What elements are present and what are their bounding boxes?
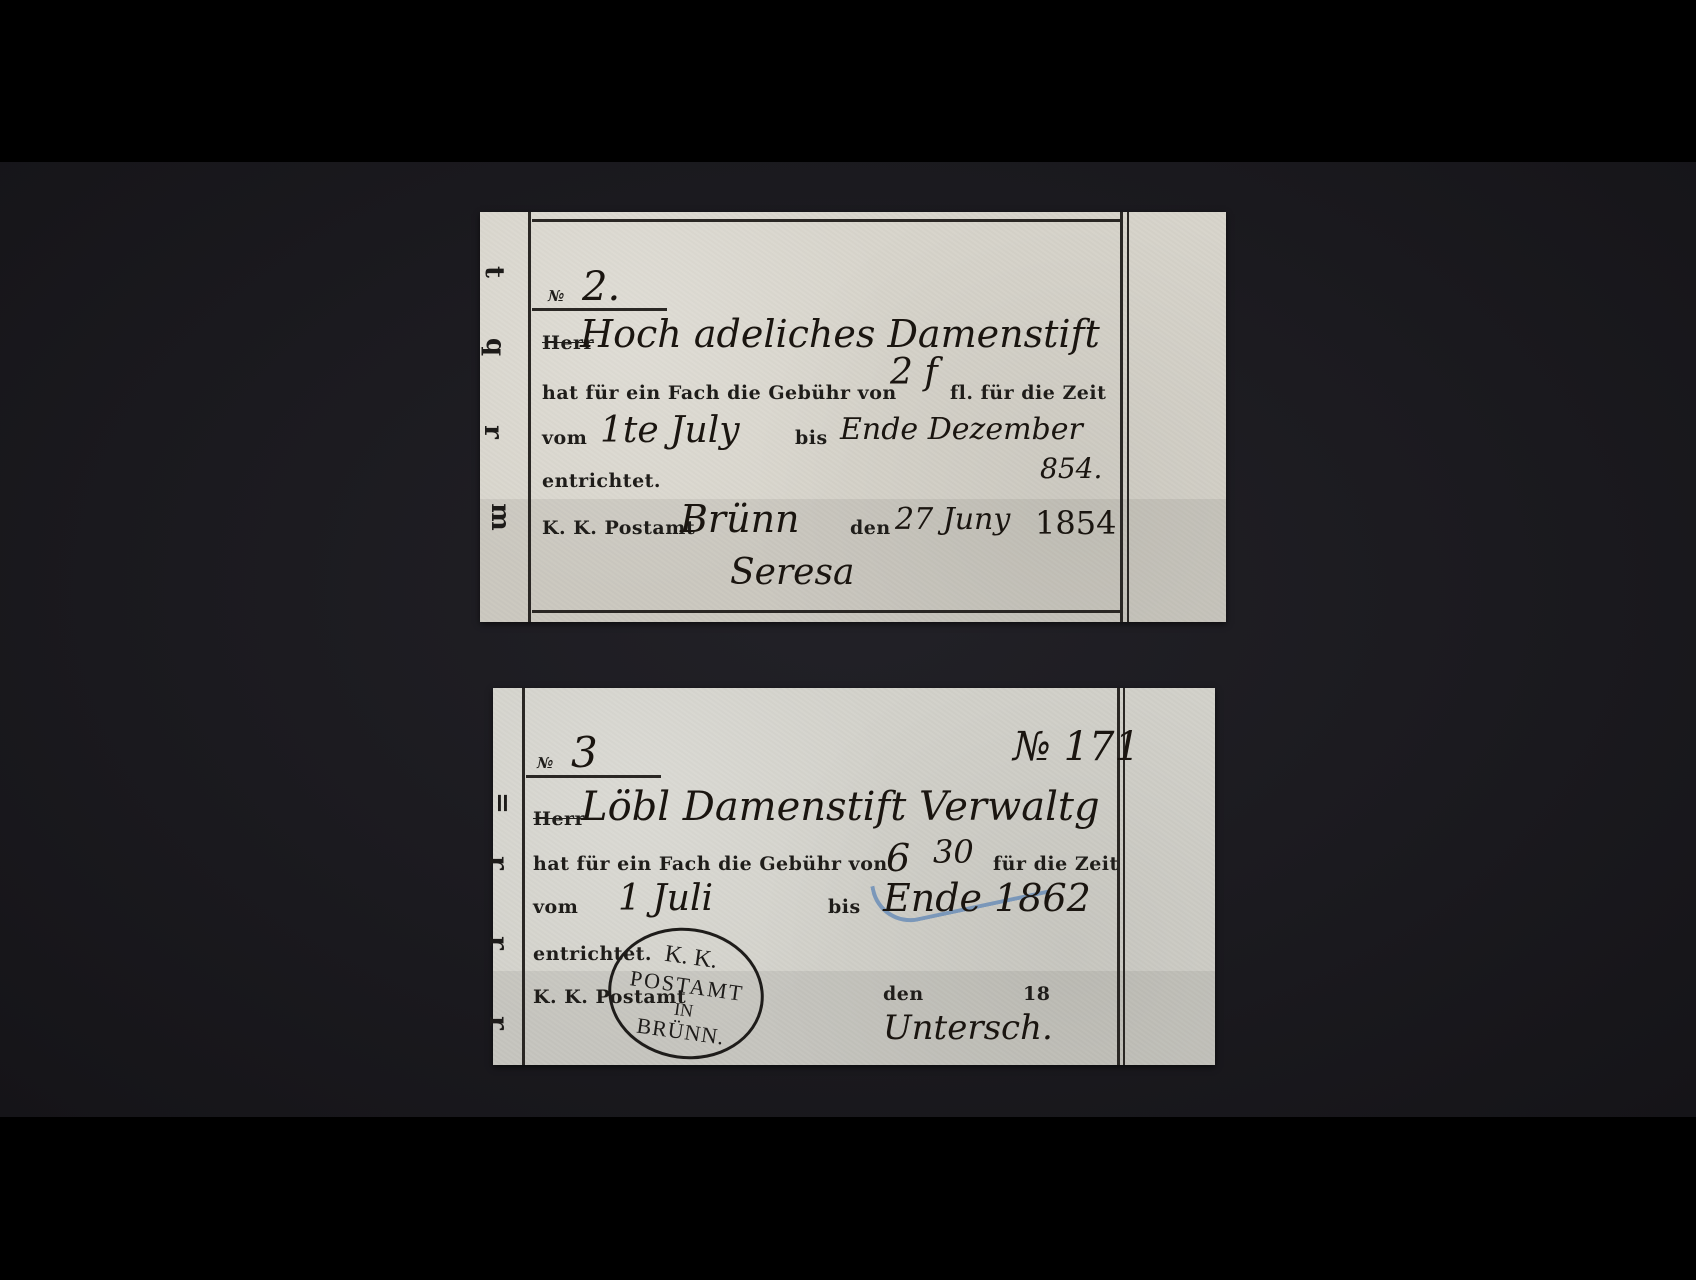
stub-glyph: t (479, 266, 509, 278)
to-date: Ende 1862 (883, 876, 1091, 920)
left-border-rule (528, 212, 531, 622)
from-date: 1 Juli (618, 878, 713, 919)
register-number: № 171 (1013, 724, 1140, 770)
number-label: № (548, 287, 565, 305)
to-label: bis (828, 896, 861, 918)
top-letterbox-band (0, 0, 1696, 162)
fee-line-text-a: hat für ein Fach die Gebühr von (542, 382, 897, 404)
paper-shadow (493, 971, 1215, 1065)
year-prefix: 18 (1023, 983, 1050, 1005)
payer-name: Löbl Damenstift Verwaltg (581, 784, 1100, 830)
to-date: Ende Dezember (840, 412, 1083, 447)
stub-glyph: q (480, 338, 510, 356)
from-date: 1te July (600, 410, 740, 451)
stub-glyph: r (483, 1016, 513, 1030)
right-border-rule (1120, 212, 1123, 622)
receipt-number: 2. (582, 264, 620, 310)
stub-glyph: m (485, 503, 515, 531)
to-year: 854. (1040, 452, 1102, 485)
payer-title-struck: Herr (533, 808, 585, 830)
fee-line-text-b: fl. für die Zeit (950, 382, 1106, 404)
clerk-signature: Untersch. (883, 1008, 1053, 1048)
receipt-1862: = r r r № 3 № 171 Herr Löbl Damenstift V… (493, 688, 1215, 1065)
receipt-number: 3 (571, 728, 598, 777)
bottom-border-rule (532, 610, 1120, 613)
stub-glyph: r (483, 936, 513, 950)
payer-name: Hoch adeliches Damenstift (580, 312, 1100, 356)
left-border-rule (522, 688, 525, 1065)
fee-line-text-a: hat für ein Fach die Gebühr von (533, 853, 888, 875)
stub-glyph: r (483, 856, 513, 870)
paid-text: entrichtet. (542, 470, 661, 492)
stub-glyph: r (478, 425, 508, 439)
office-location: Brünn (680, 497, 800, 541)
fee-amount: 6 (886, 836, 910, 880)
stub-glyph: = (487, 792, 517, 814)
date-label: den (883, 983, 924, 1005)
receipt-1854: t q r m № 2. Herr Hoch adeliches Damenst… (480, 212, 1226, 622)
from-label: vom (533, 896, 578, 918)
from-label: vom (542, 427, 587, 449)
clerk-signature: Seresa (730, 552, 854, 593)
to-label: bis (795, 427, 828, 449)
receipt-year: 1854 (1035, 504, 1116, 542)
receipt-date: 27 Juny (895, 502, 1010, 537)
number-label: № (537, 754, 554, 772)
right-border-rule-inner (1127, 212, 1129, 622)
top-border-rule (532, 219, 1120, 222)
date-label: den (850, 517, 891, 539)
fee-amount: 2 f (890, 352, 938, 393)
office-label: K. K. Postamt (542, 517, 695, 539)
bottom-letterbox-band (0, 1117, 1696, 1280)
